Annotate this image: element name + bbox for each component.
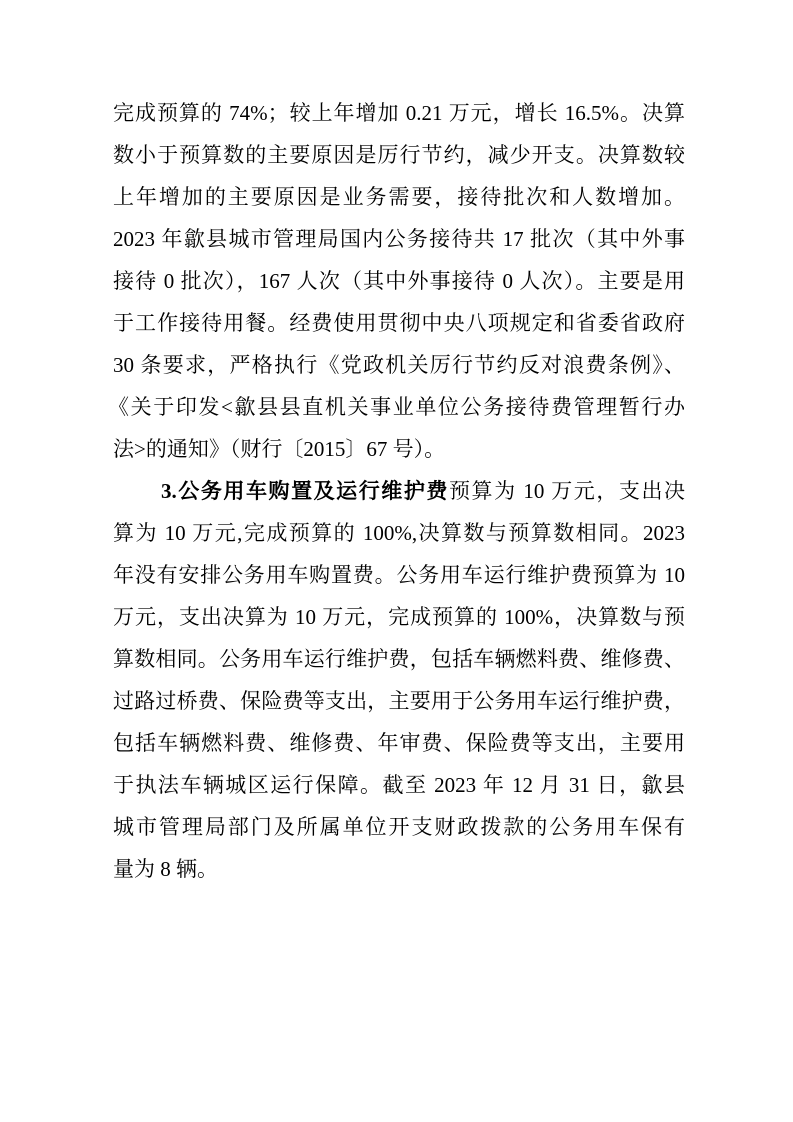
paragraph-official-reception-expenses-line-2: 数小于预算数的主要原因是厉行节约，减少开支。决算数较 [113, 134, 685, 176]
paragraph-official-reception-expenses-line-1: 完成预算的 74%；较上年增加 0.21 万元，增长 16.5%。决算 [113, 92, 685, 134]
doc-body-text: 过路过桥费、保险费等支出，主要用于公务用车运行维护费， [113, 689, 685, 713]
paragraph-official-vehicle-expenses-line-6: 过路过桥费、保险费等支出，主要用于公务用车运行维护费， [113, 680, 685, 722]
paragraph-official-reception-expenses-line-9: 法>的通知》（财行〔2015〕67 号）。 [113, 428, 685, 470]
doc-body-text: 预算为 10 万元，支出决 [449, 479, 685, 503]
document-page: 完成预算的 74%；较上年增加 0.21 万元，增长 16.5%。决算数小于预算… [0, 0, 793, 1122]
paragraph-official-vehicle-expenses-line-3: 年没有安排公务用车购置费。公务用车运行维护费预算为 10 [113, 554, 685, 596]
paragraph-official-reception-expenses-line-4: 2023 年歙县城市管理局国内公务接待共 17 批次（其中外事 [113, 218, 685, 260]
doc-body-text: 数小于预算数的主要原因是厉行节约，减少开支。决算数较 [113, 143, 685, 167]
doc-body-text: 万元，支出决算为 10 万元，完成预算的 100%，决算数与预 [113, 605, 685, 629]
doc-body-text: 接待 0 批次），167 人次（其中外事接待 0 人次）。主要是用 [113, 269, 685, 293]
paragraph-official-vehicle-expenses-line-9: 城市管理局部门及所属单位开支财政拨款的公务用车保有 [113, 806, 685, 848]
doc-body-text: 法>的通知》（财行〔2015〕67 号）。 [113, 437, 445, 461]
doc-body-text: 年没有安排公务用车购置费。公务用车运行维护费预算为 10 [113, 563, 685, 587]
paragraph-official-vehicle-expenses-line-4: 万元，支出决算为 10 万元，完成预算的 100%，决算数与预 [113, 596, 685, 638]
paragraph-official-reception-expenses-line-6: 于工作接待用餐。经费使用贯彻中央八项规定和省委省政府 [113, 302, 685, 344]
doc-body-text: 30 条要求，严格执行《党政机关厉行节约反对浪费条例》、 [113, 353, 685, 377]
doc-body-text: 城市管理局部门及所属单位开支财政拨款的公务用车保有 [113, 815, 685, 839]
paragraph-official-reception-expenses-line-8: 《关于印发<歙县县直机关事业单位公务接待费管理暂行办 [108, 386, 685, 428]
doc-body-text: 算数相同。公务用车运行维护费，包括车辆燃料费、维修费、 [113, 647, 685, 671]
doc-body-text: 量为 8 辆。 [113, 857, 218, 881]
doc-body-text: 上年增加的主要原因是业务需要，接待批次和人数增加。 [113, 185, 685, 209]
paragraph-official-vehicle-expenses-line-10: 量为 8 辆。 [113, 848, 685, 890]
paragraph-official-reception-expenses-line-5: 接待 0 批次），167 人次（其中外事接待 0 人次）。主要是用 [113, 260, 685, 302]
paragraph-official-vehicle-expenses-line-7: 包括车辆燃料费、维修费、年审费、保险费等支出，主要用 [113, 722, 685, 764]
paragraph-official-vehicle-expenses-line-5: 算数相同。公务用车运行维护费，包括车辆燃料费、维修费、 [113, 638, 685, 680]
doc-body-text: 于执法车辆城区运行保障。截至 2023 年 12 月 31 日，歙县 [113, 773, 685, 797]
document-text-block: 完成预算的 74%；较上年增加 0.21 万元，增长 16.5%。决算数小于预算… [113, 92, 685, 890]
doc-inline-heading-text: 3.公务用车购置及运行维护费 [161, 479, 449, 503]
paragraph-official-reception-expenses-line-3: 上年增加的主要原因是业务需要，接待批次和人数增加。 [113, 176, 685, 218]
doc-body-text: 包括车辆燃料费、维修费、年审费、保险费等支出，主要用 [113, 731, 685, 755]
doc-body-text: 完成预算的 74%；较上年增加 0.21 万元，增长 16.5%。决算 [113, 101, 685, 125]
paragraph-official-reception-expenses-line-7: 30 条要求，严格执行《党政机关厉行节约反对浪费条例》、 [113, 344, 685, 386]
doc-body-text: 《关于印发<歙县县直机关事业单位公务接待费管理暂行办 [108, 395, 685, 419]
paragraph-official-vehicle-expenses-line-2: 算为 10 万元,完成预算的 100%,决算数与预算数相同。2023 [113, 512, 685, 554]
doc-body-text: 算为 10 万元,完成预算的 100%,决算数与预算数相同。2023 [113, 521, 685, 545]
doc-body-text: 2023 年歙县城市管理局国内公务接待共 17 批次（其中外事 [113, 227, 685, 251]
paragraph-official-vehicle-expenses-line-1: 3.公务用车购置及运行维护费预算为 10 万元，支出决 [113, 470, 685, 512]
doc-body-text: 于工作接待用餐。经费使用贯彻中央八项规定和省委省政府 [113, 311, 685, 335]
paragraph-official-vehicle-expenses-line-8: 于执法车辆城区运行保障。截至 2023 年 12 月 31 日，歙县 [113, 764, 685, 806]
